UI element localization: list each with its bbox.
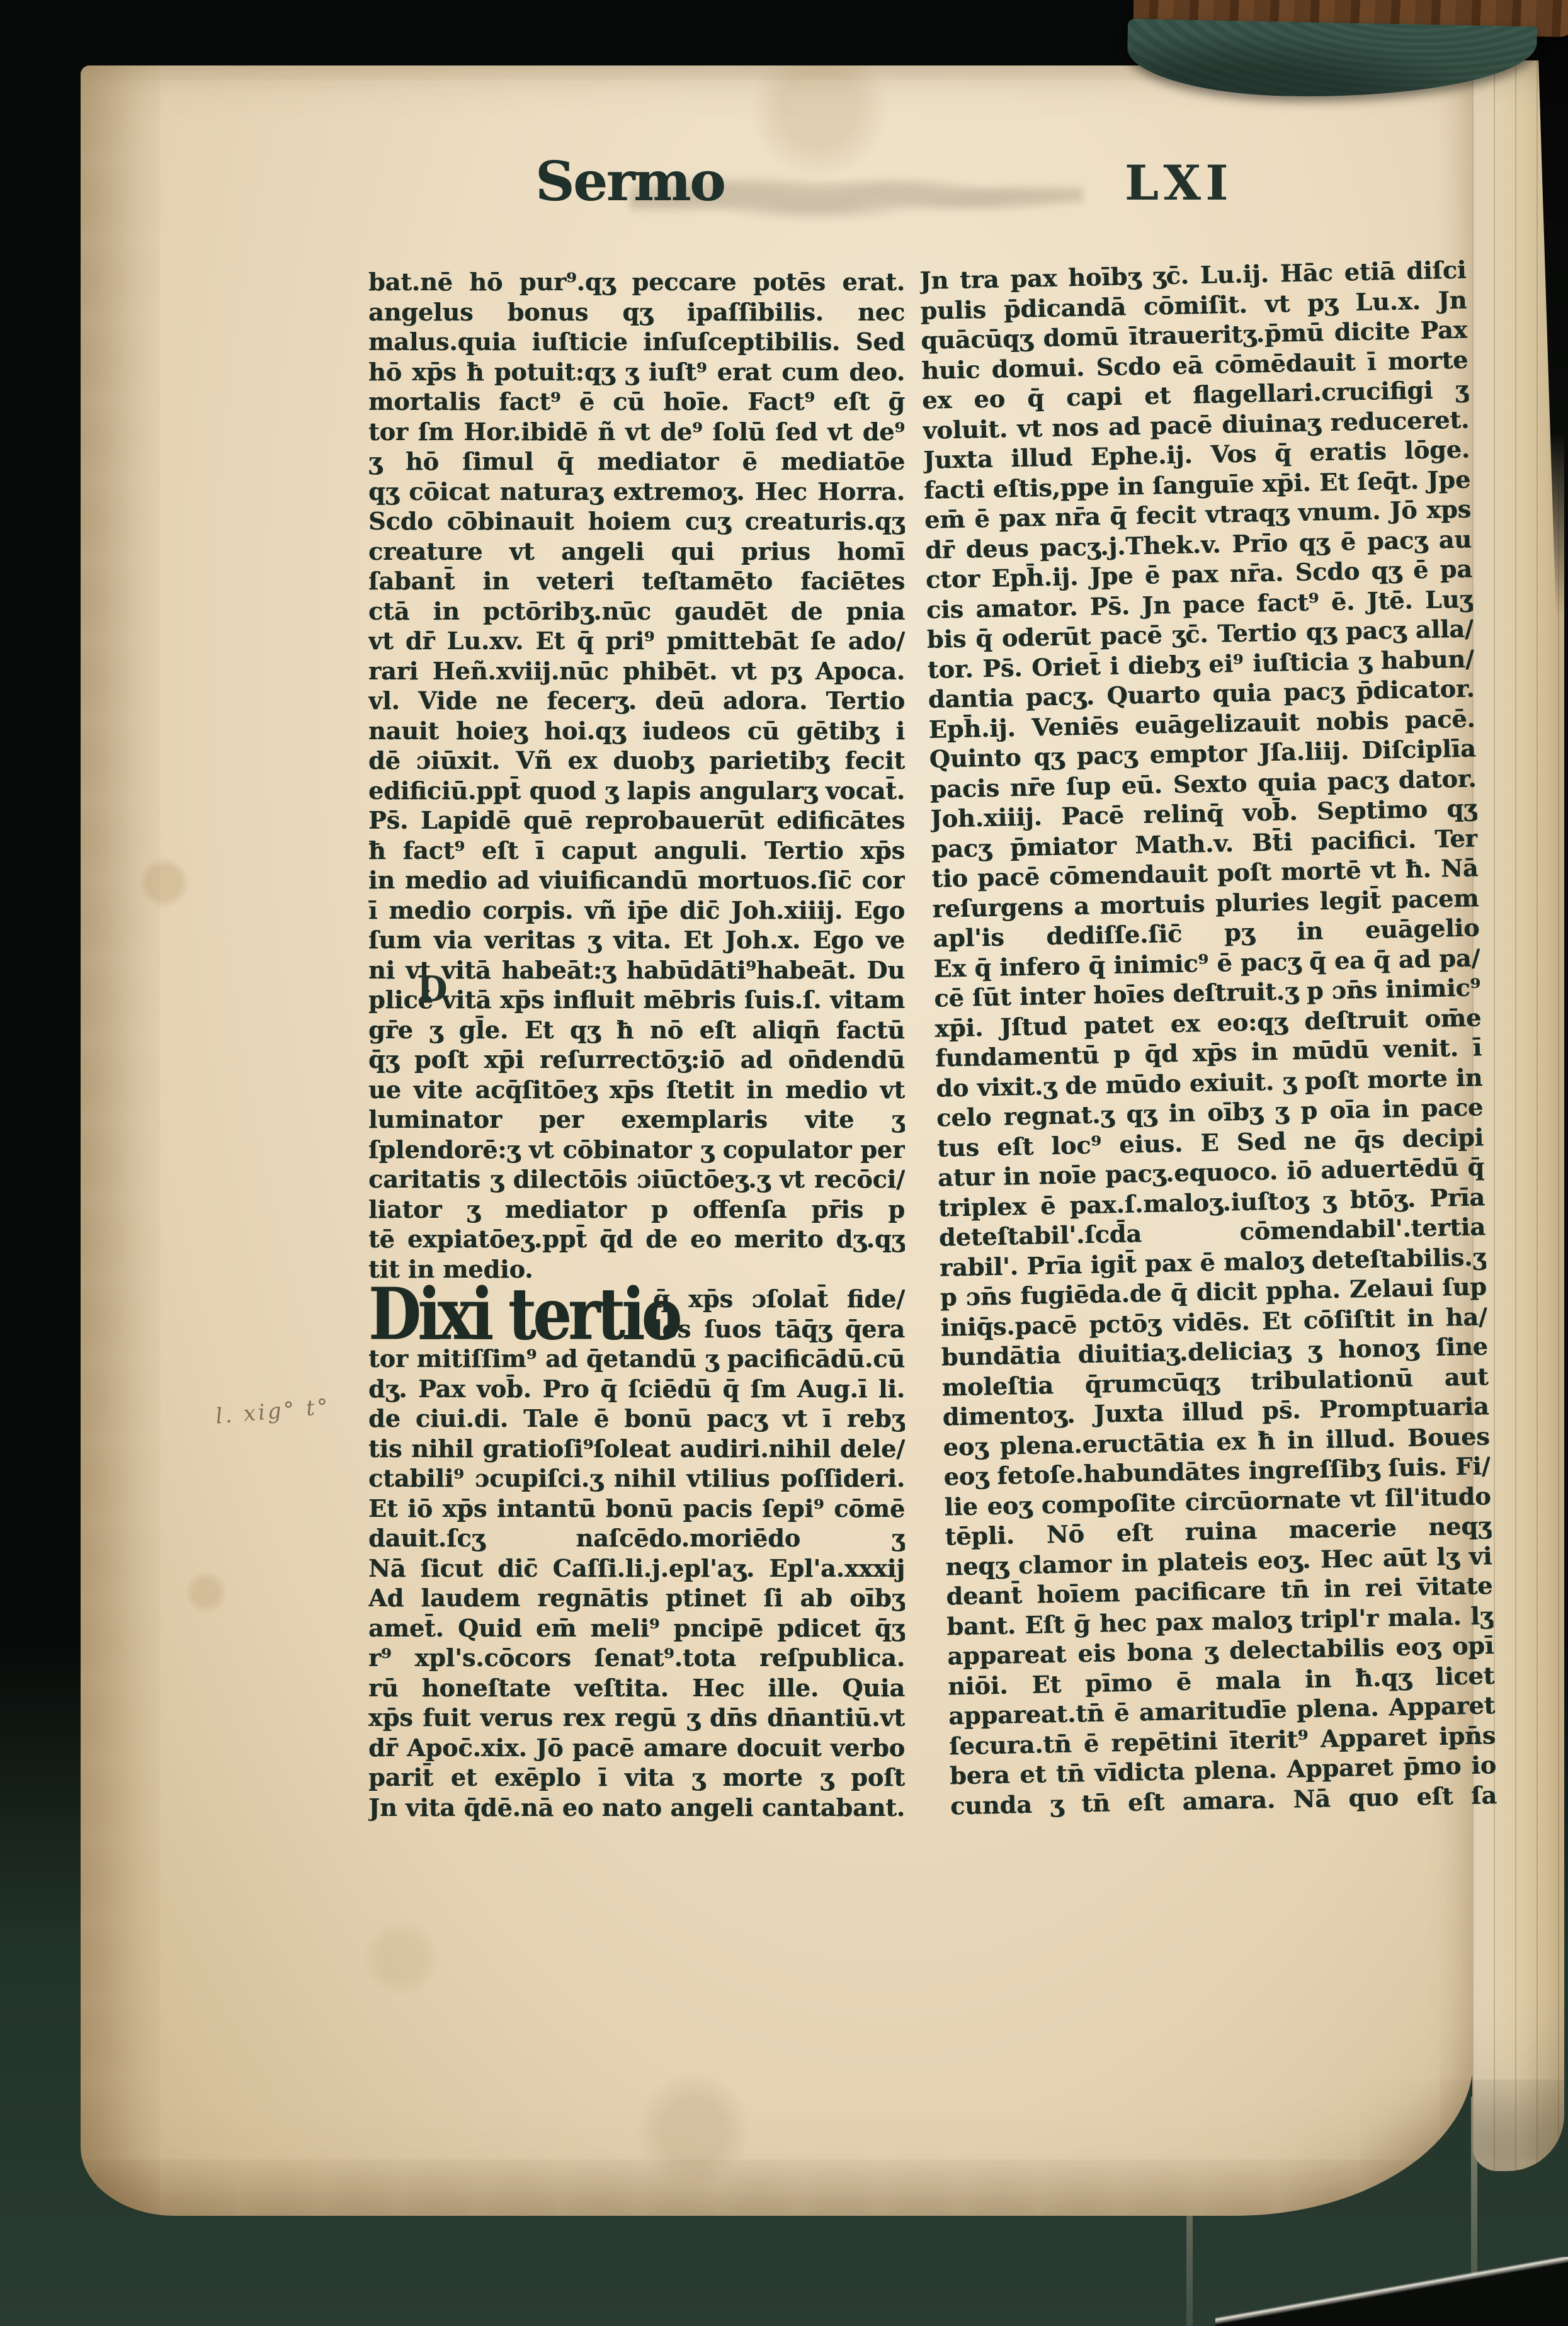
folio-number: LXI (1125, 155, 1233, 211)
text-line: Ps̄. Lapidē quē reprobauerūt edificātes (368, 805, 905, 836)
text-line: dʒ. Pax vob̄. Pro q̄ ſciēdū q̄ ſm Aug.ī … (368, 1374, 905, 1404)
left-text-column: bat.nē hō pur⁹.qʒ peccare potēs erat. ne… (368, 267, 905, 1822)
text-line: ni vt vitā habeāt:ʒ habūdāti⁹habeāt. Du (368, 955, 905, 985)
text-line: Nā ſicut dic̄ Caſſi.li.j.epl'aʒ. Epl'a.x… (368, 1553, 905, 1584)
text-line: ctabili⁹ ɔcupiſci.ʒ nihil vtilius poſſid… (368, 1463, 905, 1494)
text-line: hō xp̄s ħ potuit:qʒ ʒ iuſt⁹ erat cum deo… (368, 357, 905, 387)
section-heading-row: Dixi tertio q̄ xp̄s ɔſolat̄ fide/les ſuo… (368, 1284, 905, 1344)
text-line: qʒ cōicat naturaʒ extremoʒ. Hec Horra. (368, 477, 905, 507)
text-line: bat.nē hō pur⁹.qʒ peccare potēs erat. ne… (368, 267, 905, 297)
left-column-upper-lines: bat.nē hō pur⁹.qʒ peccare potēs erat. ne… (368, 267, 905, 1284)
text-line: amet̄. Quid em̄ meli⁹ pncipē pdicet q̄ʒ … (368, 1613, 905, 1643)
text-line: vt dr̄ Lu.xv. Et q̄ pri⁹ pmittebāt ſe ad… (368, 626, 905, 656)
text-line: ſum via veritas ʒ vita. Et Joh.x. Ego ve (368, 925, 905, 955)
right-column-lines: Jn tra pax hoībʒ ʒc̄. Lu.ij. Hāc etiā di… (919, 255, 1497, 1821)
heading-inset-lines: q̄ xp̄s ɔſolat̄ fide/les ſuos tāq̄ʒ q̄er… (653, 1284, 905, 1344)
right-text-column: Jn tra pax hoībʒ ʒc̄. Lu.ij. Hāc etiā di… (919, 255, 1497, 1821)
text-line: plicē vitā xp̄s influit mēbris ſuis.ſ. v… (368, 985, 905, 1015)
text-line: malus.quia iuſticie inſuſceptibilis. Sed (368, 327, 905, 357)
text-line: vl. Vide ne fecerʒ. deū adora. Tertio cō… (368, 686, 905, 716)
text-line: mortalis fact⁹ ē cū hoīe. Fact⁹ eſt ḡ me… (368, 387, 905, 417)
left-column-lower-lines: tor mitiſſim⁹ ad q̄etandū ʒ pacificādū.c… (368, 1344, 905, 1822)
text-line: dr̄ Apoc̄.xix. Jō pacē amare docuit verb… (368, 1733, 905, 1763)
text-line: les ſuos tāq̄ʒ q̄era (653, 1314, 905, 1344)
text-line: dauit.ſcʒ naſcēdo.moriēdo ʒ reſurgendo. (368, 1523, 905, 1553)
text-line: ſplendorē:ʒ vt cōbinator ʒ copulator per (368, 1135, 905, 1165)
running-title: Sermo (535, 150, 725, 213)
text-line: Et iō xp̄s intantū bonū pacis ſepi⁹ cōmē (368, 1494, 905, 1524)
text-line: nauit hoieʒ hoi.qʒ iudeos cū gētibʒ i vn… (368, 716, 905, 746)
text-line: ī medio corpis. vñ ip̄e dic̄ Joh.xiiij. … (368, 895, 905, 926)
scanned-book-page: Sermo LXI bat.nē hō pur⁹.qʒ peccare potē… (0, 0, 1568, 2326)
text-line: xp̄s fuit verus rex regū ʒ dn̄s dn̄antiū… (368, 1703, 905, 1733)
text-line: tis nihil gratioſi⁹ſoleat audiri.nihil d… (368, 1434, 905, 1464)
text-line: Ad laudem regnātis ptinet ſi ab oībʒ pax (368, 1583, 905, 1613)
text-line: de ciui.di. Tale ē bonū pacʒ vt ī rebʒ c… (368, 1404, 905, 1434)
text-line: r⁹ xpl's.cōcors ſenat⁹.tota reſpublica. … (368, 1643, 905, 1673)
section-heading: Dixi tertio (368, 1283, 653, 1353)
text-line: tē expiatōeʒ.ppt̄ q̄d de eo merito dʒ.qʒ… (368, 1224, 905, 1254)
text-line: parit̄ et exēplo ī vita ʒ morte ʒ poſt m… (368, 1762, 905, 1793)
text-line: creature vt angeli qui prius homī aduer/ (368, 536, 905, 567)
text-line: ħ fact⁹ eſt ī caput anguli. Tertio xp̄s … (368, 836, 905, 866)
text-line: gr̄e ʒ gl̄e. Et qʒ ħ nō eſt aliqn̄ factū… (368, 1015, 905, 1045)
text-line: angelus bonus qʒ ipaſſibilis. nec angelu… (368, 297, 905, 327)
text-line: q̄ʒ poſt xp̄i reſurrectōʒ:iō ad on̄dendū… (368, 1045, 905, 1075)
text-line: in medio ad viuificandū mortuos.ſic̄ cor (368, 865, 905, 895)
guide-letter: D (417, 968, 448, 1010)
text-line: ctā in pctōribʒ.nūc gaudēt de pnia pctōʒ (368, 596, 905, 627)
text-line: Scdo cōbinauit hoiem cuʒ creaturis.qʒ (368, 506, 905, 536)
text-line: caritatis ʒ dilectōis ɔiūctōeʒ.ʒ vt recō… (368, 1164, 905, 1194)
text-line: dē ɔiūxit. Vñ ex duobʒ parietibʒ fecit v… (368, 746, 905, 776)
text-line: tor ſm Hor.ibidē ñ vt de⁹ ſolū ſed vt de… (368, 417, 905, 447)
text-line: ſabant̄ in veteri teſtamēto faciētes vin… (368, 566, 905, 596)
text-line: rū honeſtate veſtita. Hec ille. Quia igi… (368, 1673, 905, 1703)
text-line: Jn vita q̄dē.nā eo nato angeli cantabant… (368, 1793, 905, 1823)
text-line: rari Heñ.xviij.nūc phibēt. vt pʒ Apoca. (368, 656, 905, 686)
text-line: edificiū.ppt̄ quod ʒ lapis angularʒ voca… (368, 776, 905, 806)
scan-edge-artifact (1215, 2257, 1568, 2326)
text-line: ʒ hō ſimul q̄ mediator ē mediatōe ſublim… (368, 446, 905, 477)
text-line: liator ʒ mediator p offenſa pr̄is p ſuff… (368, 1194, 905, 1225)
text-line: luminator per exemplaris vite ʒ doctrine (368, 1104, 905, 1135)
text-line: ue vite acq̄ſitōeʒ xp̄s ſtetit in medio … (368, 1075, 905, 1105)
text-line: q̄ xp̄s ɔſolat̄ fide/ (653, 1284, 905, 1314)
